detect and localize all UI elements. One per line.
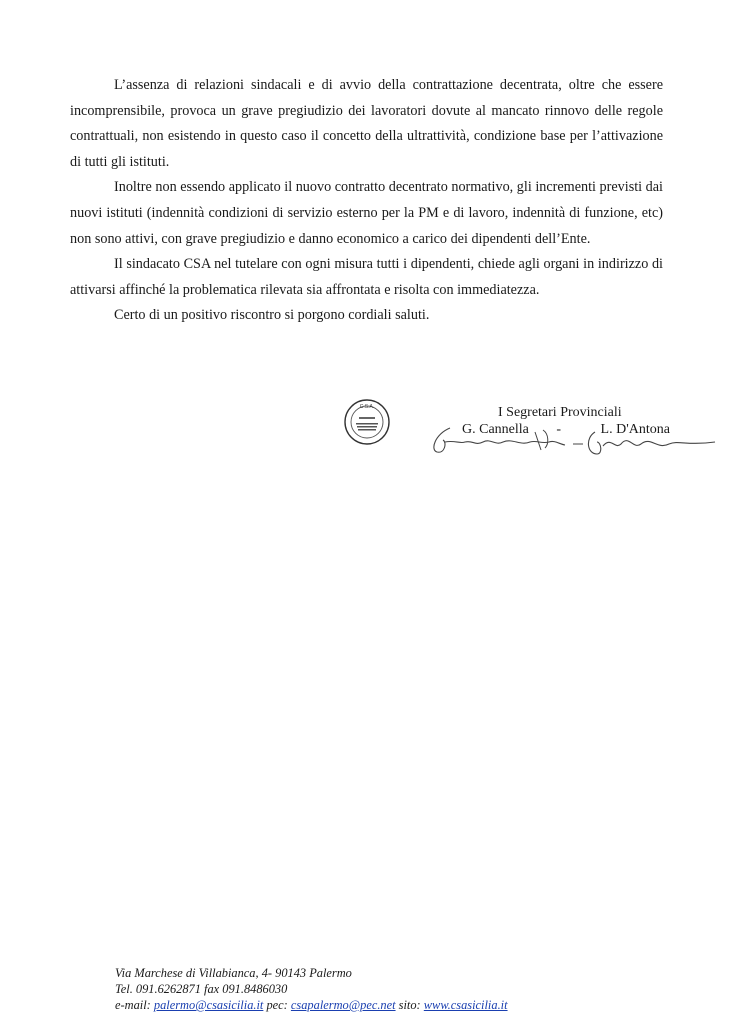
footer-phone: Tel. 091.6262871 fax 091.8486030	[115, 981, 508, 997]
signatories-title: I Segretari Provinciali	[498, 404, 622, 421]
footer-address: Via Marchese di Villabianca, 4- 90143 Pa…	[115, 965, 508, 981]
paragraph-2: Inoltre non essendo applicato il nuovo c…	[70, 175, 663, 252]
letter-body: L’assenza di relazioni sindacali e di av…	[70, 73, 663, 329]
handwritten-signature-icon	[425, 420, 725, 460]
svg-text:C.S.A.: C.S.A.	[360, 404, 374, 410]
email-link[interactable]: palermo@csasicilia.it	[154, 998, 263, 1012]
website-link[interactable]: www.csasicilia.it	[424, 998, 508, 1012]
footer-contacts: e-mail: palermo@csasicilia.it pec: csapa…	[115, 997, 508, 1013]
paragraph-closing: Certo di un positivo riscontro si porgon…	[70, 303, 663, 329]
letterhead-footer: Via Marchese di Villabianca, 4- 90143 Pa…	[115, 965, 508, 1013]
pec-label: pec:	[263, 998, 291, 1012]
pec-link[interactable]: csapalermo@pec.net	[291, 998, 396, 1012]
email-label: e-mail:	[115, 998, 154, 1012]
paragraph-3: Il sindacato CSA nel tutelare con ogni m…	[70, 252, 663, 303]
site-label: sito:	[396, 998, 424, 1012]
paragraph-1: L’assenza di relazioni sindacali e di av…	[70, 73, 663, 175]
union-stamp-icon: C.S.A.	[343, 398, 391, 446]
document-page: L’assenza di relazioni sindacali e di av…	[0, 0, 734, 1024]
